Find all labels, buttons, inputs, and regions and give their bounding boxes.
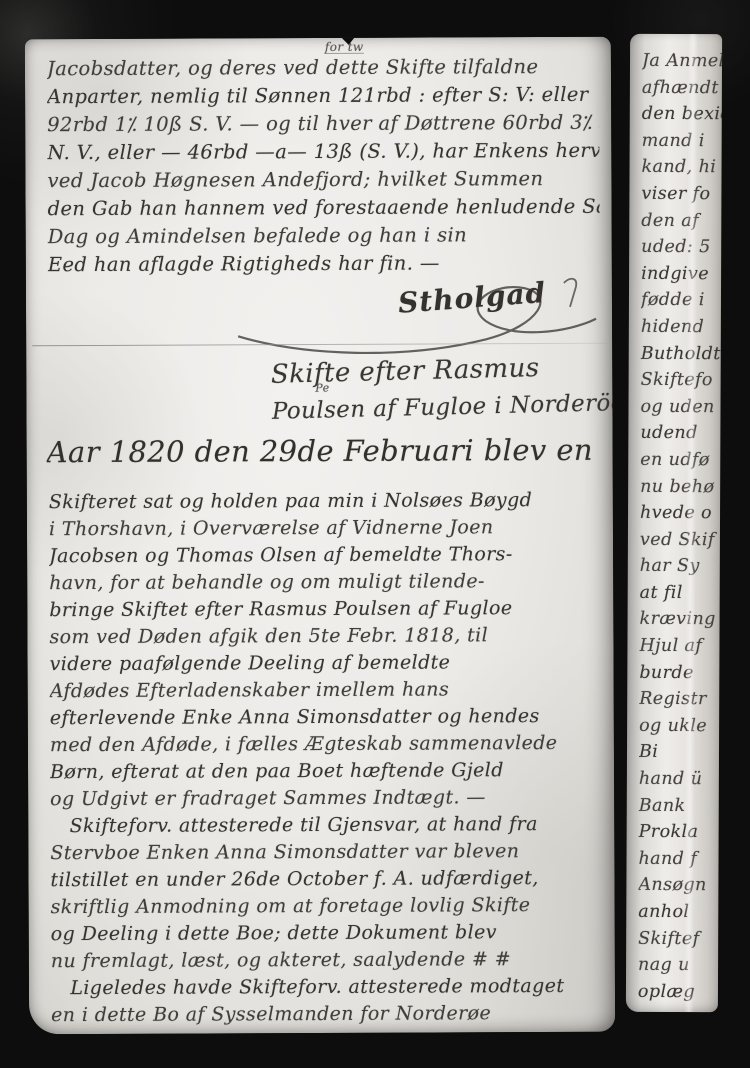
- scanned-book-photo: for tw Jacobsdatter, og deres ved dette …: [0, 0, 750, 1068]
- handwritten-line: Dag og Amindelsen befalede og han i sin: [48, 221, 600, 251]
- handwritten-line: efterlevende Enke Anna Simonsdatter og h…: [50, 703, 608, 732]
- handwritten-line: Skifteforv. attesterede til Gjensvar, at…: [50, 811, 608, 840]
- handwritten-fragment: den af: [641, 207, 722, 234]
- handwritten-fragment: viser fo: [641, 181, 722, 208]
- handwritten-fragment: hidend: [641, 314, 722, 341]
- handwritten-line: den Gab han hannem ved forestaaende henl…: [48, 193, 600, 223]
- handwritten-fragment: en udfø: [640, 447, 722, 474]
- handwritten-fragment: kræving: [640, 606, 723, 633]
- handwritten-fragment: Hjul af: [639, 633, 722, 660]
- handwritten-fragment: Butholdt: [641, 340, 722, 367]
- handwritten-line: en i dette Bo af Sysselmanden for Norder…: [51, 1000, 609, 1029]
- handwritten-line: havn, for at behandle og om muligt tilen…: [49, 568, 607, 597]
- handwritten-fragment: at fil: [640, 580, 722, 607]
- handwritten-line: med den Afdøde, i fælles Ægteskab sammen…: [50, 730, 608, 759]
- handwritten-line: Anparter, nemlig til Sønnen 121rbd : eft…: [47, 81, 599, 111]
- handwritten-fragment: Bi: [639, 739, 722, 766]
- handwritten-fragment: har Sy: [640, 553, 722, 580]
- handwritten-line: i Thorshavn, i Overværelse af Vidnerne J…: [49, 514, 607, 543]
- adjacent-page-text: Ja Anmelafhændt eden bexidmand ikand, hi…: [638, 48, 722, 1006]
- handwritten-line: skriftlig Anmodning om at foretage lovli…: [51, 892, 609, 921]
- right-page-sliver: Ja Anmelafhændt eden bexidmand ikand, hi…: [626, 34, 722, 1012]
- handwritten-fragment: afhændt e: [642, 74, 722, 101]
- handwritten-fragment: kand, hi: [641, 154, 722, 181]
- handwritten-fragment: Registr: [639, 686, 722, 713]
- handwritten-fragment: hvede o: [640, 500, 722, 527]
- handwritten-line: Ligeledes havde Skifteforv. attesterede …: [51, 973, 609, 1002]
- handwritten-fragment: nu behø: [640, 473, 722, 500]
- handwritten-line: N. V., eller — 46rbd —a— 13ß (S. V.), ha…: [47, 137, 599, 167]
- handwritten-fragment: anhol: [638, 899, 722, 926]
- handwritten-line: tilstillet en under 26de October f. A. u…: [50, 865, 608, 894]
- entry-heading: Skifte efter Rasmus Pe Poulsen af Fugloe…: [270, 346, 615, 429]
- handwritten-line: ved Jacob Høgnesen Andefjord; hvilket Su…: [47, 165, 599, 195]
- handwritten-fragment: nag u: [638, 952, 722, 979]
- handwritten-fragment: hand ü: [639, 766, 722, 793]
- handwritten-fragment: Prokla: [639, 819, 723, 846]
- handwritten-line: og Udgivt er fradraget Sammes Indtægt. —: [50, 784, 608, 813]
- handwritten-fragment: Bank: [639, 792, 722, 819]
- left-page: for tw Jacobsdatter, og deres ved dette …: [25, 37, 615, 1035]
- handwritten-fragment: hand f: [638, 846, 722, 873]
- handwritten-line: Jacobsen og Thomas Olsen af bemeldte Tho…: [49, 541, 607, 570]
- handwritten-fragment: den bexid: [642, 101, 722, 128]
- handwritten-fragment: Skiftefo: [641, 367, 723, 394]
- handwritten-fragment: og ukle: [639, 713, 722, 740]
- handwritten-fragment: Skiftef: [638, 925, 722, 952]
- handwritten-line: Børn, efterat at den paa Boet hæftende G…: [50, 757, 608, 786]
- handwritten-fragment: udend: [640, 420, 722, 447]
- handwritten-line: 92rbd 1⁒ 10ß S. V. — og til hver af Døtt…: [47, 109, 599, 139]
- handwritten-fragment: Ansøgn: [638, 872, 722, 899]
- interline-insertion: for tw: [325, 41, 364, 54]
- entry-opening-line: Aar 1820 den 29de Februari blev en: [47, 433, 607, 469]
- handwritten-fragment: og uden: [640, 394, 722, 421]
- heading-insertion: Pe: [315, 383, 329, 393]
- entry-body: Skifteret sat og holden paa min i Nolsøe…: [49, 487, 609, 1029]
- handwritten-line: Skifteret sat og holden paa min i Nolsøe…: [49, 487, 607, 516]
- handwritten-line: Jacobsdatter, og deres ved dette Skifte …: [47, 53, 599, 83]
- handwritten-line: bringe Skiftet efter Rasmus Poulsen af F…: [49, 595, 607, 624]
- paragraph-settlement-shares: Jacobsdatter, og deres ved dette Skifte …: [47, 53, 600, 279]
- handwritten-fragment: Ja Anmel: [642, 48, 722, 75]
- handwritten-fragment: indgive: [641, 261, 722, 288]
- handwritten-fragment: ved Skif: [640, 527, 722, 554]
- handwritten-fragment: mand i: [642, 128, 723, 155]
- handwritten-line: Stervboe Enken Anna Simonsdatter var ble…: [50, 838, 608, 867]
- handwritten-fragment: uded: 5: [641, 234, 722, 261]
- handwritten-fragment: burde: [639, 660, 722, 687]
- handwritten-line: nu fremlagt, læst, og akteret, saalydend…: [51, 946, 609, 975]
- handwritten-line: som ved Døden afgik den 5te Febr. 1818, …: [49, 622, 607, 651]
- handwritten-line: og Deeling i dette Boe; dette Dokument b…: [51, 919, 609, 948]
- handwritten-fragment: fødde i: [641, 287, 722, 314]
- handwritten-line: Afdødes Efterladenskaber imellem hans: [50, 676, 608, 705]
- handwritten-fragment: oplæg: [638, 979, 722, 1006]
- handwritten-line: videre paafølgende Deeling af bemeldte: [50, 649, 608, 678]
